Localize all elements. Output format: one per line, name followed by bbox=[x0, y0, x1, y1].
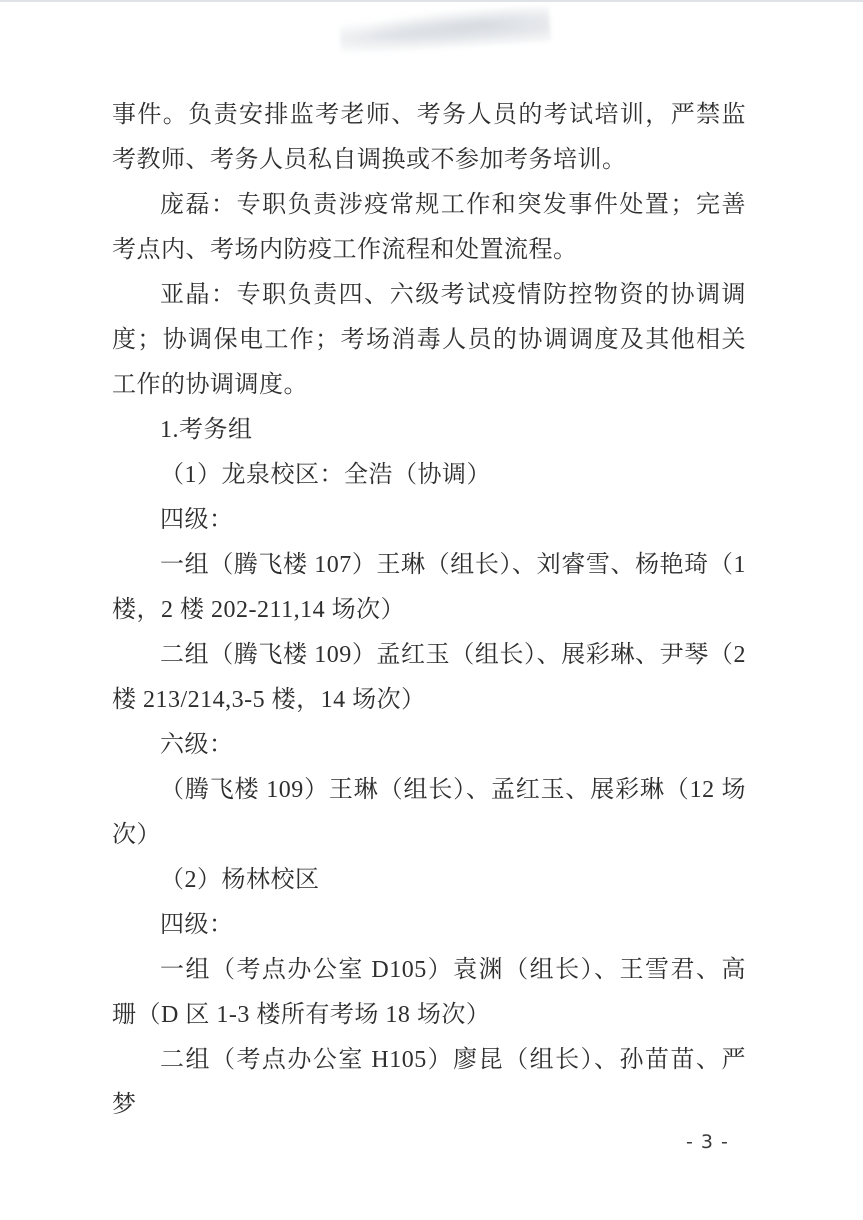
paragraph: 1.考务组 bbox=[112, 408, 746, 453]
paragraph: 一组（腾飞楼 107）王琳（组长）、刘睿雪、杨艳琦（1楼，2 楼 202-211… bbox=[112, 543, 746, 633]
scan-artifact bbox=[339, 5, 551, 56]
document-page: 事件。负责安排监考老师、考务人员的考试培训，严禁监考教师、考务人员私自调换或不参… bbox=[0, 0, 863, 1220]
scan-top-edge bbox=[0, 0, 863, 2]
paragraph: 亚晶：专职负责四、六级考试疫情防控物资的协调调度；协调保电工作；考场消毒人员的协… bbox=[112, 273, 746, 408]
paragraph: （2）杨林校区 bbox=[112, 858, 746, 903]
paragraph: （腾飞楼 109）王琳（组长）、孟红玉、展彩琳（12 场次） bbox=[112, 768, 746, 858]
paragraph: 二组（腾飞楼 109）孟红玉（组长）、展彩琳、尹琴（2楼 213/214,3-5… bbox=[112, 633, 746, 723]
paragraph: 二组（考点办公室 H105）廖昆（组长）、孙苗苗、严梦 bbox=[112, 1038, 746, 1128]
paragraph: （1）龙泉校区：全浩（协调） bbox=[112, 453, 746, 498]
paragraph: 庞磊：专职负责涉疫常规工作和突发事件处置；完善考点内、考场内防疫工作流程和处置流… bbox=[112, 183, 746, 273]
paragraph: 四级： bbox=[112, 903, 746, 948]
page-number: - 3 - bbox=[686, 1131, 729, 1153]
paragraph: 一组（考点办公室 D105）袁渊（组长）、王雪君、高珊（D 区 1-3 楼所有考… bbox=[112, 948, 746, 1038]
paragraph: 六级： bbox=[112, 723, 746, 768]
document-body: 事件。负责安排监考老师、考务人员的考试培训，严禁监考教师、考务人员私自调换或不参… bbox=[112, 93, 746, 1128]
paragraph: 四级： bbox=[112, 498, 746, 543]
paragraph: 事件。负责安排监考老师、考务人员的考试培训，严禁监考教师、考务人员私自调换或不参… bbox=[112, 93, 746, 183]
